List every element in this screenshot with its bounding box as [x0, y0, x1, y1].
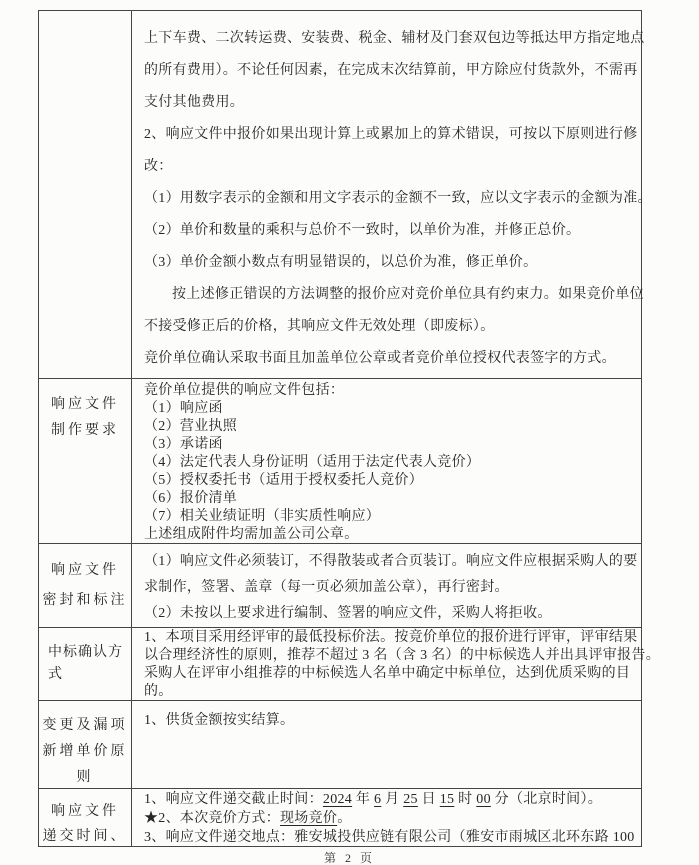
scanned-document-page: 上下车费、二次转运费、安装费、税金、辅材及门套双包边等抵达甲方指定地点 的所有费…	[0, 0, 699, 865]
content-line: （2）单价和数量的乘积与总价不一致时，以单价为准，并修正总价。	[144, 215, 652, 247]
deadline-sep: 日	[418, 792, 440, 807]
content-line: 竞价单位提供的响应文件包括：	[144, 382, 637, 400]
row-label-line: 递交时间、	[43, 824, 128, 849]
deadline-year: 2024	[323, 792, 352, 807]
method-suffix: 。	[337, 811, 351, 826]
content-line: 1、供货金额按实结算。	[144, 711, 637, 731]
content-line: （4）法定代表人身份证明（适用于法定代表人竞价）	[144, 454, 637, 472]
row-label-line: 制作要求	[51, 418, 119, 444]
content-line: 1、本项目采用经评审的最低投标价法。按竞价单位的报价进行评审，评审结果	[144, 629, 660, 647]
content-line: 以合理经济性的原则，推荐不超过 3 名（含 3 名）的中标候选人并出具评审报告。	[144, 647, 660, 665]
row-content-cell: 上下车费、二次转运费、安装费、税金、辅材及门套双包边等抵达甲方指定地点 的所有费…	[132, 11, 656, 378]
content-line: 上下车费、二次转运费、安装费、税金、辅材及门套双包边等抵达甲方指定地点	[144, 23, 652, 55]
content-line: （3）承诺函	[144, 436, 637, 454]
row-label-line: 变更及漏项	[43, 713, 128, 739]
content-line: 2、响应文件中报价如果出现计算上或累加上的算术错误，可按以下原则进行修	[144, 119, 652, 151]
content-line: （1）用数字表示的金额和用文字表示的金额不一致，应以文字表示的金额为准。	[144, 183, 652, 215]
bidding-terms-table: 上下车费、二次转运费、安装费、税金、辅材及门套双包边等抵达甲方指定地点 的所有费…	[38, 10, 642, 847]
page-number-footer: 第 2 页	[0, 849, 699, 865]
content-line: 支付其他费用。	[144, 87, 652, 119]
method-value: 现场竞价	[280, 811, 337, 826]
deadline-suffix: 分（北京时间）。	[491, 792, 602, 807]
content-line: （7）相关业绩证明（非实质性响应）	[144, 508, 637, 526]
content-line: （1）响应函	[144, 400, 637, 418]
submission-deadline-line: 1、响应文件递交截止时间：2024 年 6 月 25 日 15 时 00 分（北…	[144, 790, 637, 809]
row-label-cell: 响应文件 制作要求	[39, 379, 132, 543]
content-line: （3）单价金额小数点有明显错误的，以总价为准，修正单价。	[144, 247, 652, 279]
row-label-cell: 变更及漏项 新增单价原 则	[39, 701, 132, 788]
row-content-cell: 1、响应文件递交截止时间：2024 年 6 月 25 日 15 时 00 分（北…	[132, 789, 641, 846]
content-line: （2）营业执照	[144, 418, 637, 436]
row-label-line: 响应文件	[51, 556, 119, 586]
row-content-cell: （1）响应文件必须装订，不得散装或者合页装订。响应文件应根据采购人的要 求制作，…	[132, 544, 642, 627]
deadline-prefix: 1、响应文件递交截止时间：	[144, 792, 323, 807]
content-line: （6）报价清单	[144, 490, 637, 508]
table-row-sealing-marking: 响应文件 密封和标注 （1）响应文件必须装订，不得散装或者合页装订。响应文件应根…	[39, 544, 641, 628]
deadline-day: 25	[403, 792, 418, 807]
row-label-cell: 中标确认方 式	[39, 628, 132, 700]
row-label-line: 响应文件	[51, 392, 119, 418]
row-label-cell: 响应文件 密封和标注	[39, 544, 132, 627]
content-line: （5）授权委托书（适用于授权委托人竞价）	[144, 472, 637, 490]
content-line: 竞价单位确认采取书面且加盖单位公章或者竞价单位授权代表签字的方式。	[144, 343, 652, 375]
content-line: （1）响应文件必须装订，不得散装或者合页装订。响应文件应根据采购人的要	[144, 549, 638, 575]
content-line: 不接受修正后的价格，其响应文件无效处理（即废标）。	[144, 311, 652, 343]
content-line: 按上述修正错误的方法调整的报价应对竞价单位具有约束力。如果竞价单位	[144, 279, 652, 311]
row-label-line: 式	[48, 664, 63, 686]
table-row-award-confirmation: 中标确认方 式 1、本项目采用经评审的最低投标价法。按竞价单位的报价进行评审，评…	[39, 628, 641, 701]
row-label-line: 密封和标注	[43, 586, 128, 616]
row-content-cell: 1、供货金额按实结算。	[132, 701, 641, 788]
row-label-line: 则	[77, 765, 94, 791]
submission-location-line: 3、响应文件递交地点：雅安城投供应链有限公司（雅安市雨城区北环东路 100	[144, 828, 637, 847]
table-row-submission-time: 响应文件 递交时间、 1、响应文件递交截止时间：2024 年 6 月 25 日 …	[39, 789, 641, 846]
row-label-line: 中标确认方	[48, 642, 123, 664]
deadline-minute: 00	[476, 792, 491, 807]
bidding-method-line: ★2、本次竞价方式：现场竞价。	[144, 809, 637, 828]
row-label-cell-empty	[39, 11, 132, 378]
content-line: 的所有费用）。不论任何因素，在完成末次结算前，甲方除应付货款外，不需再	[144, 55, 652, 87]
row-label-cell: 响应文件 递交时间、	[39, 789, 132, 846]
content-line: 采购人在评审小组推荐的中标候选人名单中确定中标单位，达到优质采购的目	[144, 665, 660, 683]
table-row-document-requirements: 响应文件 制作要求 竞价单位提供的响应文件包括： （1）响应函 （2）营业执照 …	[39, 379, 641, 544]
content-line: 改：	[144, 151, 652, 183]
table-row-price-correction: 上下车费、二次转运费、安装费、税金、辅材及门套双包边等抵达甲方指定地点 的所有费…	[39, 11, 641, 379]
deadline-sep: 年	[352, 792, 374, 807]
content-line: （2）未按以上要求进行编制、签署的响应文件，采购人将拒收。	[144, 601, 638, 627]
row-label-line: 新增单价原	[43, 739, 128, 765]
deadline-sep: 时	[454, 792, 476, 807]
method-prefix: ★2、本次竞价方式：	[144, 811, 280, 826]
content-line: 求制作，签署、盖章（每一页必须加盖公章），再行密封。	[144, 575, 638, 601]
deadline-sep: 月	[381, 792, 403, 807]
row-content-cell: 1、本项目采用经评审的最低投标价法。按竞价单位的报价进行评审，评审结果 以合理经…	[132, 628, 664, 700]
deadline-hour: 15	[440, 792, 455, 807]
table-row-change-omission-pricing: 变更及漏项 新增单价原 则 1、供货金额按实结算。	[39, 701, 641, 789]
row-content-cell: 竞价单位提供的响应文件包括： （1）响应函 （2）营业执照 （3）承诺函 （4）…	[132, 379, 641, 543]
content-line: 上述组成附件均需加盖公司公章。	[144, 526, 637, 544]
content-line: 的。	[144, 683, 660, 701]
row-label-line: 响应文件	[51, 799, 119, 824]
